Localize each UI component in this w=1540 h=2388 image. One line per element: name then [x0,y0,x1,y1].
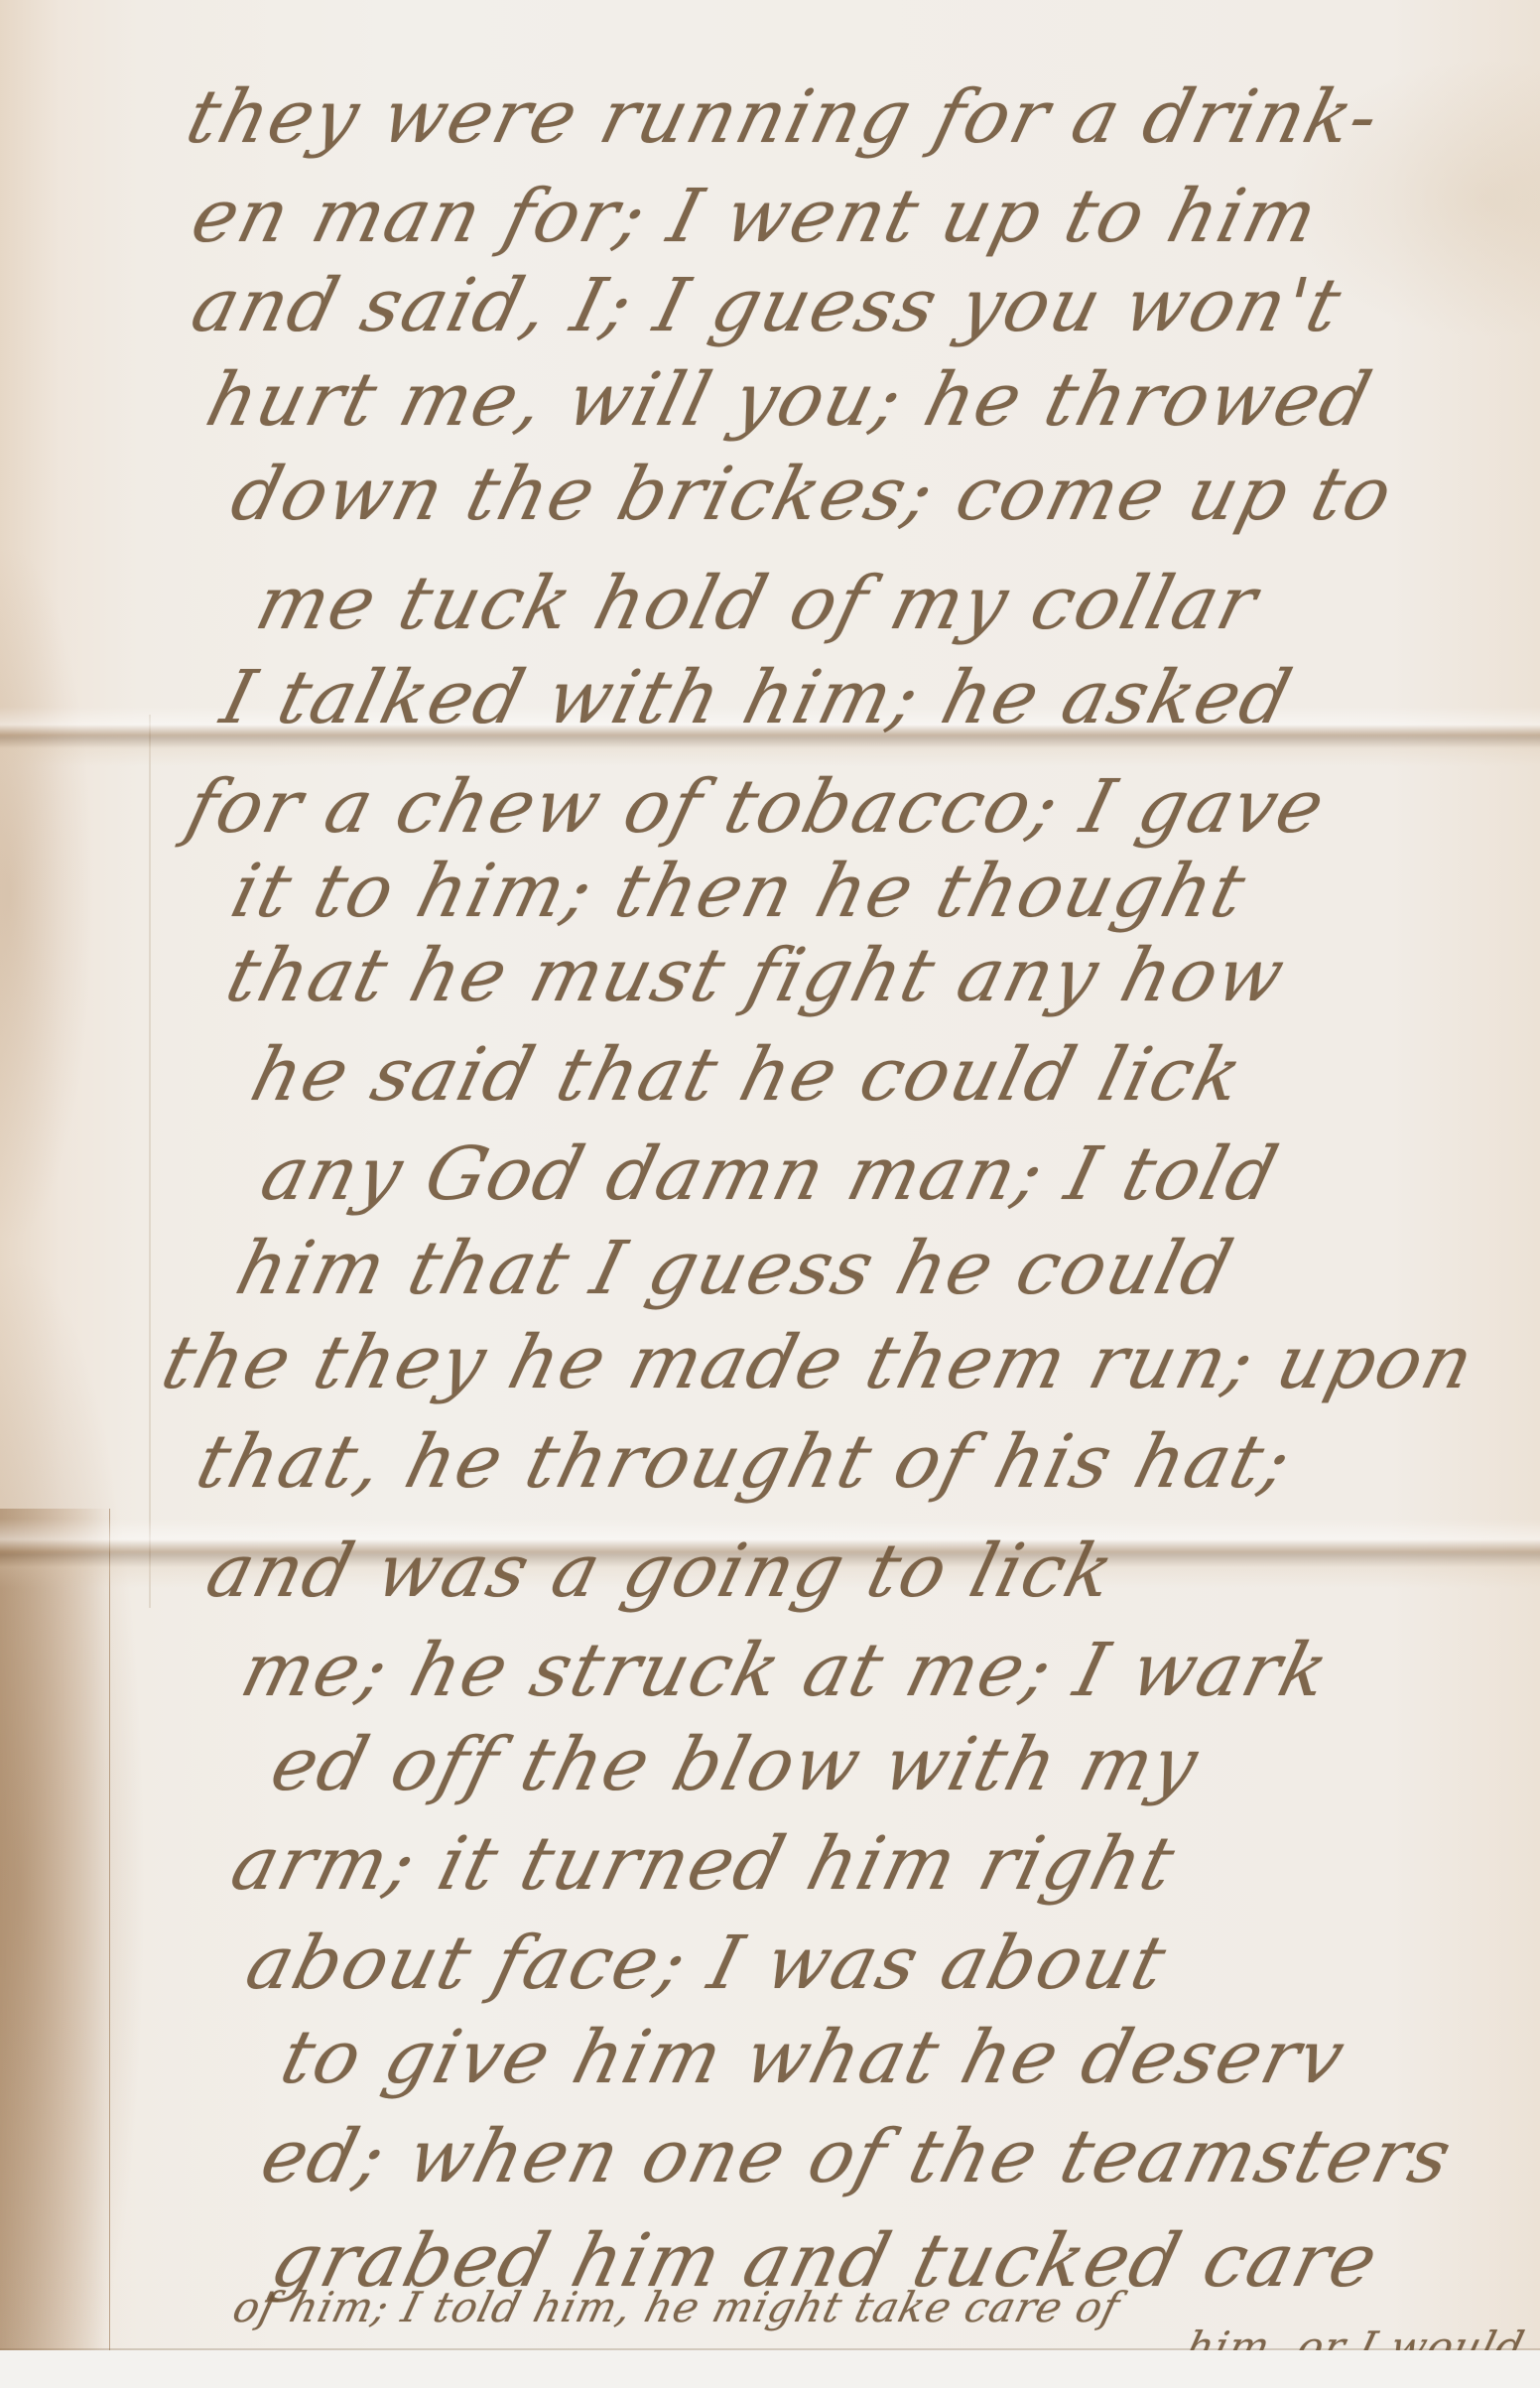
text-line: that, he throught of his hat; [189,1419,1301,1505]
text-line: the they he made them run; upon [154,1320,1483,1405]
handwritten-text: they were running for a drink- en man fo… [0,0,1540,2350]
text-line: en man for; I went up to him [184,174,1327,259]
text-line: any God damn man; I told [253,1131,1287,1217]
text-line: me; he struck at me; I wark [233,1628,1339,1713]
text-line: hurt me, will you; he throwed [198,357,1381,443]
text-line: I talked with him; he asked [213,655,1301,740]
letter-page: they were running for a drink- en man fo… [0,0,1540,2350]
text-line: and said, I; I guess you won't [184,263,1350,348]
text-line: he said that he could lick [243,1032,1252,1118]
text-line: ed off the blow with my [263,1722,1208,1807]
text-line: to give him what he deserv [273,2015,1354,2100]
text-line: down the brickes; come up to [223,452,1402,537]
text-line: that he must fight any how [218,933,1294,1018]
text-line: me tuck hold of my collar [248,561,1267,646]
text-line: about face; I was about [238,1921,1176,2006]
text-line: and was a going to lick [198,1528,1123,1614]
text-line: ed; when one of the teamsters [253,2114,1461,2199]
text-line: for a chew of tobacco; I gave [179,764,1335,850]
text-line: they were running for a drink- [179,74,1388,160]
text-line: of him; I told him, he might take care o… [228,2283,1125,2331]
text-line: arm; it turned him right [223,1821,1184,1907]
text-line: it to him; then he thought [223,849,1255,934]
text-line: him that I guess he could [228,1226,1242,1311]
page-background [0,2350,1540,2388]
